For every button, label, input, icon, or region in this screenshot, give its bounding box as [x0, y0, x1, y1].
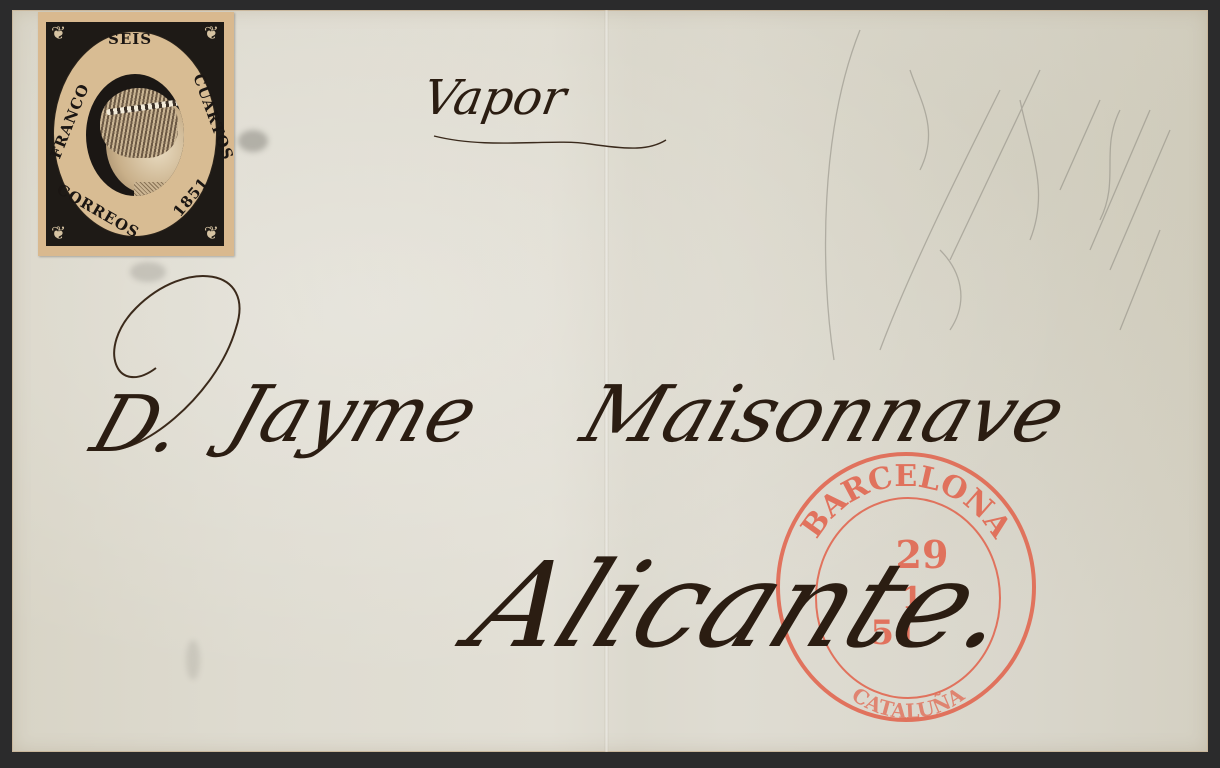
ornament-icon: ❦: [51, 225, 66, 243]
address-first-name: Jayme: [217, 370, 488, 460]
stamp-text-seis: SEIS: [108, 30, 152, 48]
stamp-portrait: [86, 74, 184, 196]
ornament-icon: ❦: [204, 25, 219, 43]
notation-underline: [430, 120, 670, 160]
portrait-hair: [100, 88, 178, 158]
postage-stamp: ❦ ❦ ❦ ❦ SEIS FRANCO CUARTOS CORREOS 1851: [38, 12, 234, 256]
ornament-icon: ❦: [51, 25, 66, 43]
address-city: Alicante.: [452, 536, 1036, 674]
notation-vapor: Vapor: [419, 70, 570, 126]
portrait-neck: [134, 182, 180, 196]
address-last-name: Maisonnave: [571, 370, 1076, 460]
svg-text:CATALUÑA: CATALUÑA: [848, 682, 969, 723]
ink-smudge: [186, 640, 200, 680]
ink-smudge: [238, 130, 268, 152]
pencil-markings: [800, 10, 1210, 370]
ornament-icon: ❦: [204, 225, 219, 243]
